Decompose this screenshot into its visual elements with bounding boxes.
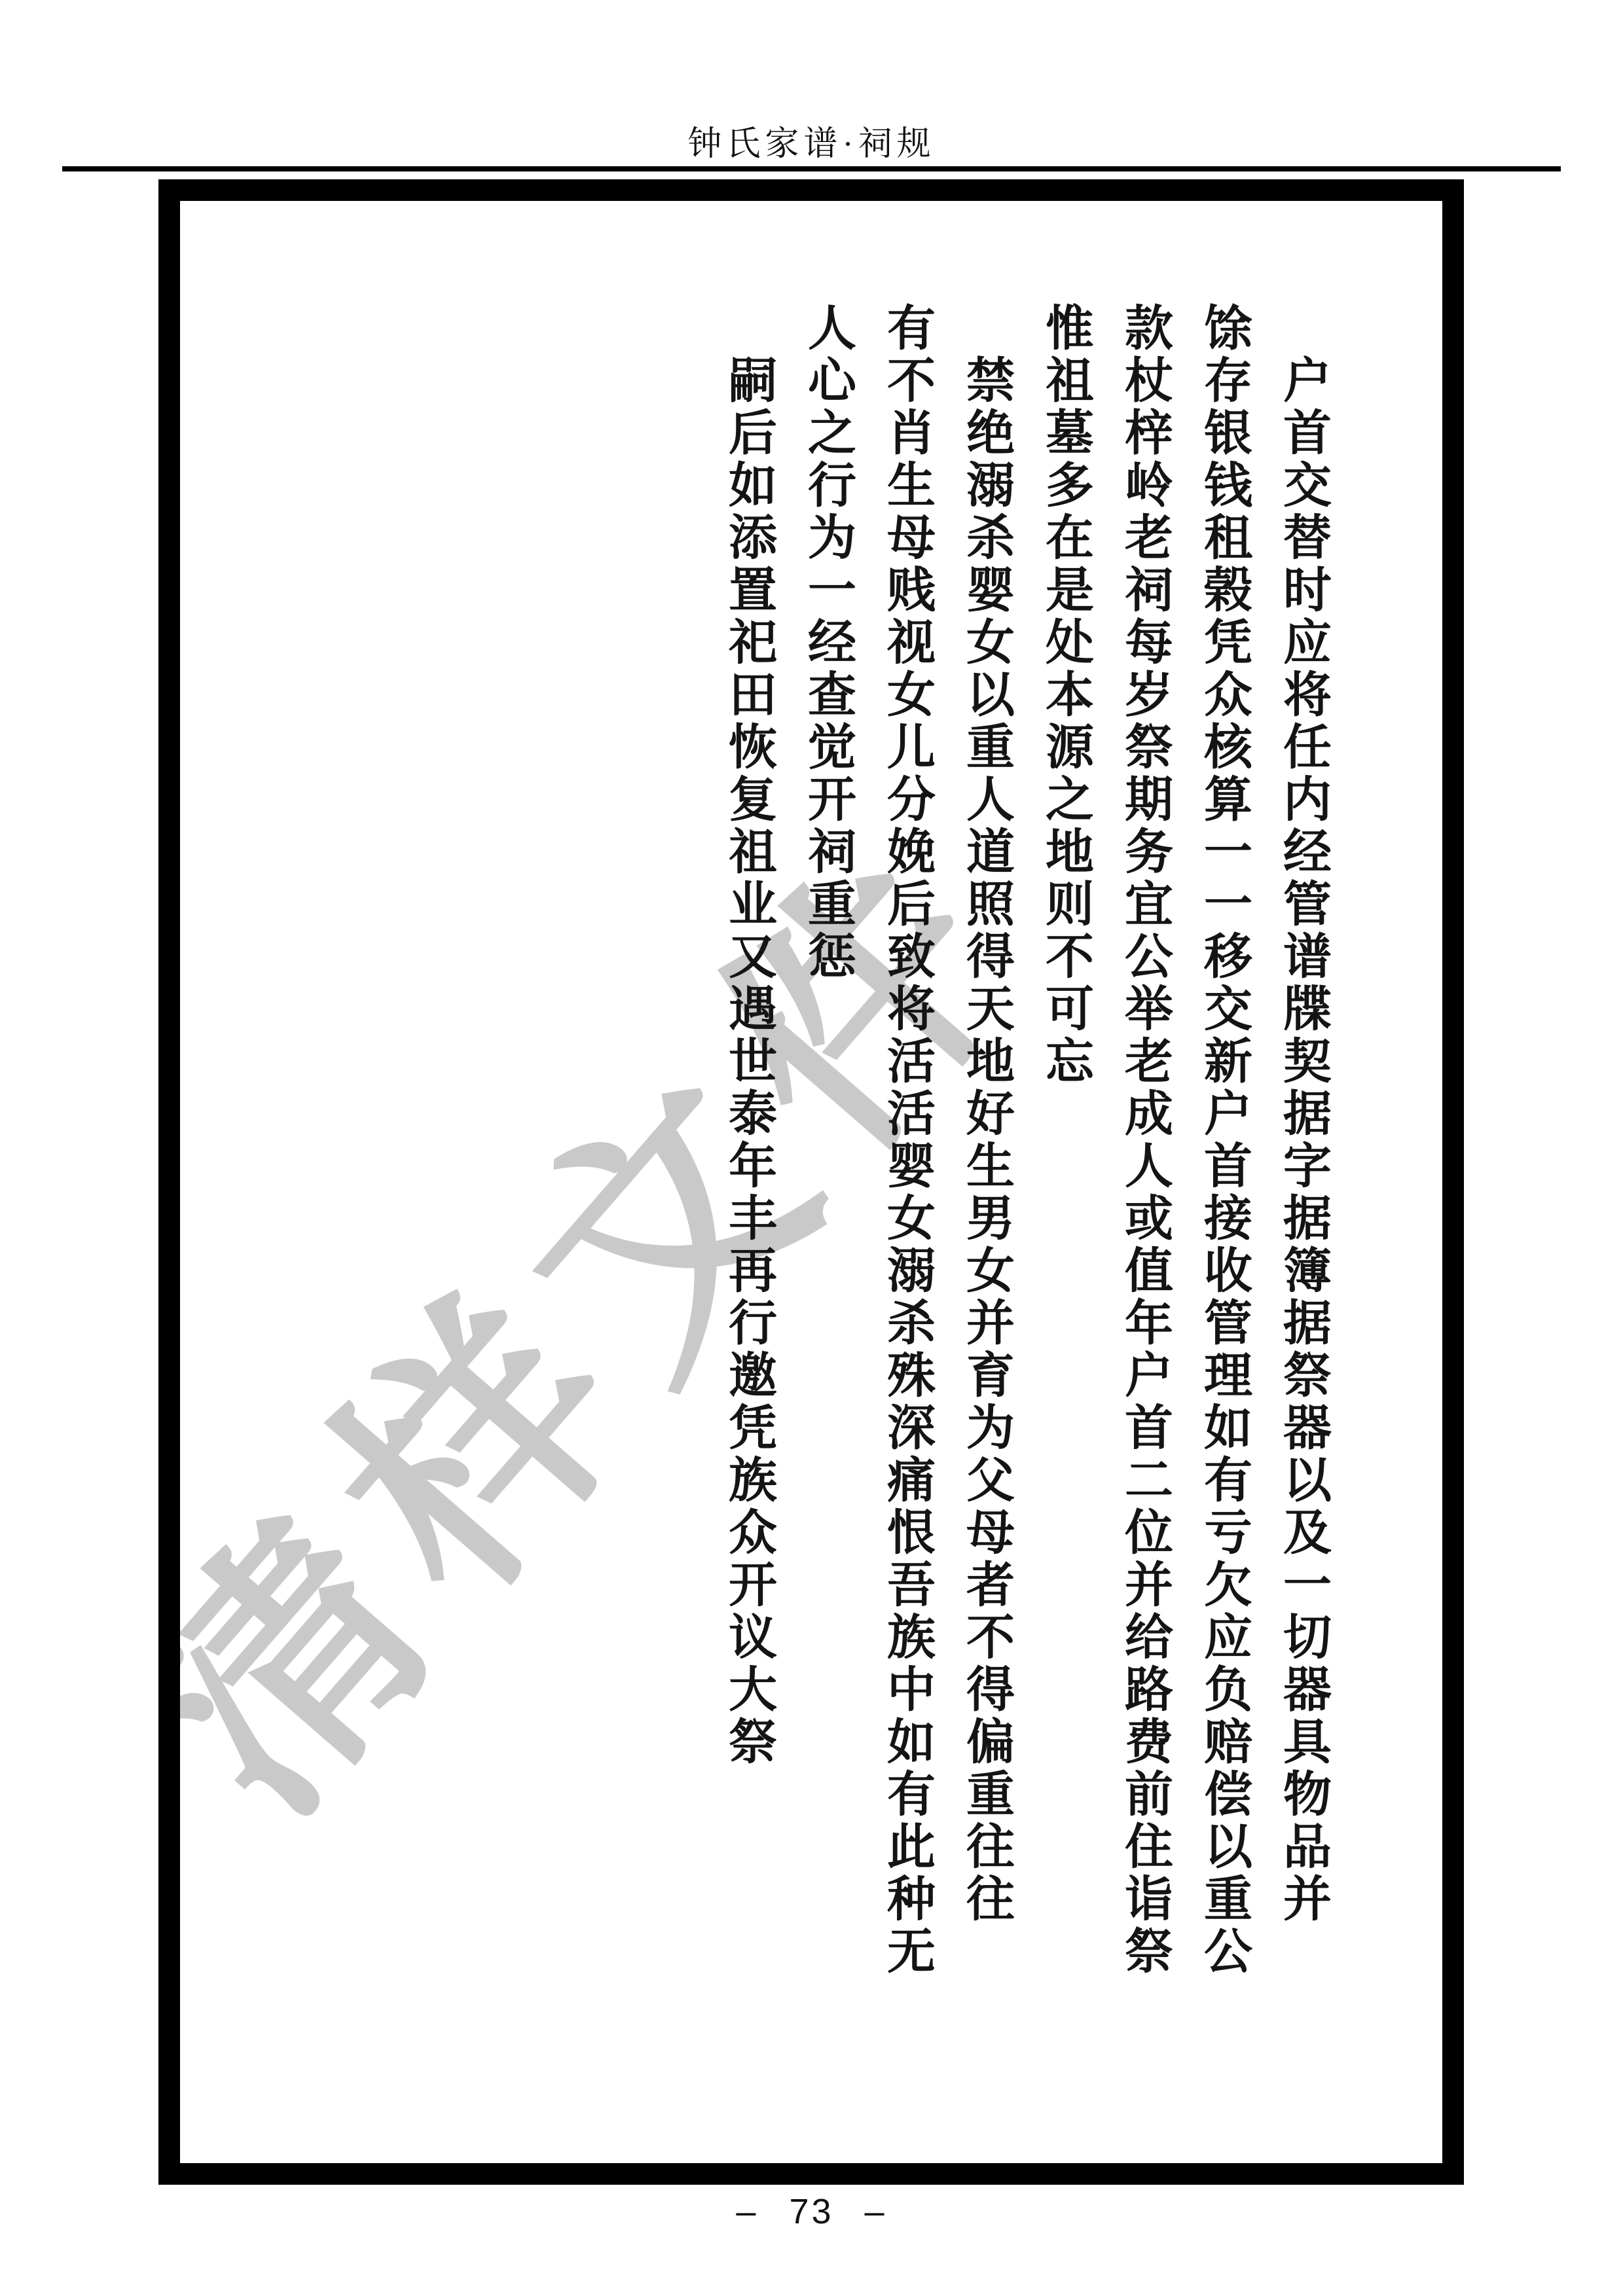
text-column: 惟祖墓多在是处本源之地则不可忘: [1025, 302, 1104, 2030]
text-column: 有不肖生母贱视女儿分娩后致将活活婴女溺杀殊深痛恨吾族中如有此种无: [867, 302, 946, 2030]
text-column: 户首交替时应将任内经管谱牒契据字据簿据祭器以及一切器具物品并: [1263, 302, 1342, 2030]
text-column: 款杖梓岭老祠每岁祭期务宜公举老成人或值年户首二位并给路费前住诣祭: [1104, 302, 1184, 2030]
page-border-frame: 清样文件 户首交替时应将任内经管谱牒契据字据簿据祭器以及一切器具物品并 馀存银钱…: [158, 179, 1464, 2185]
genealogy-page: { "header": { "title": "钟氏家谱·祠规" }, "con…: [0, 0, 1623, 2296]
page-number: – 73 –: [0, 2191, 1623, 2232]
page-title: 钟氏家谱·祠规: [0, 122, 1623, 168]
text-column: 馀存银钱租榖凭众核算一一移交新户首接收管理如有亏欠应负赔偿以重公: [1184, 302, 1263, 2030]
header-divider: [62, 166, 1561, 171]
vertical-text-block: 户首交替时应将任内经管谱牒契据字据簿据祭器以及一切器具物品并 馀存银钱租榖凭众核…: [708, 302, 1342, 2030]
text-column: 嗣后如添置祀田恢复祖业又遇世泰年丰再行邀凭族众开议大祭: [708, 302, 788, 2030]
text-column: 人心之行为一经查觉开祠重惩: [788, 302, 867, 2030]
text-column: 禁绝溺杀婴女以重人道照得天地好生男女并育为父母者不得偏重往往: [946, 302, 1025, 2030]
